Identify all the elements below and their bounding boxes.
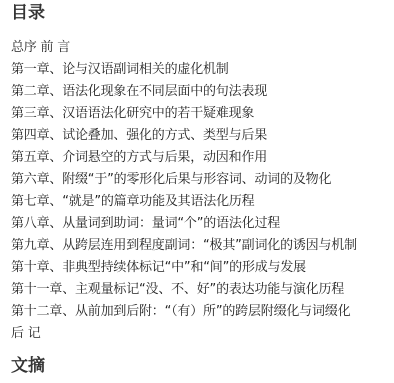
toc-heading: 目录: [11, 2, 45, 24]
toc-item-chapter-4: 第四章、试论叠加、强化的方式、类型与后果: [11, 125, 357, 147]
toc-item-afterword: 后 记: [11, 323, 357, 345]
toc-item-chapter-9: 第九章、从跨层连用到程度副词：“极其”副词化的诱因与机制: [11, 235, 357, 257]
toc-item-chapter-2: 第二章、语法化现象在不同层面中的句法表现: [11, 81, 357, 103]
digest-heading: 文摘: [11, 355, 45, 377]
toc-item-chapter-1: 第一章、论与汉语副词相关的虚化机制: [11, 59, 357, 81]
toc-item-preface: 总序 前 言: [11, 37, 357, 59]
toc-item-chapter-3: 第三章、汉语语法化研究中的若干疑难现象: [11, 103, 357, 125]
toc-item-chapter-11: 第十一章、主观量标记“没、不、好”的表达功能与演化历程: [11, 279, 357, 301]
toc-item-chapter-10: 第十章、非典型持续体标记“中”和“间”的形成与发展: [11, 257, 357, 279]
toc-item-chapter-5: 第五章、介词悬空的方式与后果，动因和作用: [11, 147, 357, 169]
toc-list: 总序 前 言 第一章、论与汉语副词相关的虚化机制 第二章、语法化现象在不同层面中…: [11, 37, 357, 345]
toc-item-chapter-7: 第七章、“就是”的篇章功能及其语法化历程: [11, 191, 357, 213]
toc-item-chapter-12: 第十二章、从前加到后附：“（有）所”的跨层附缀化与词缀化: [11, 301, 357, 323]
toc-item-chapter-6: 第六章、附缀“于”的零形化后果与形容词、动词的及物化: [11, 169, 357, 191]
toc-item-chapter-8: 第八章、从量词到助词：量词“个”的语法化过程: [11, 213, 357, 235]
